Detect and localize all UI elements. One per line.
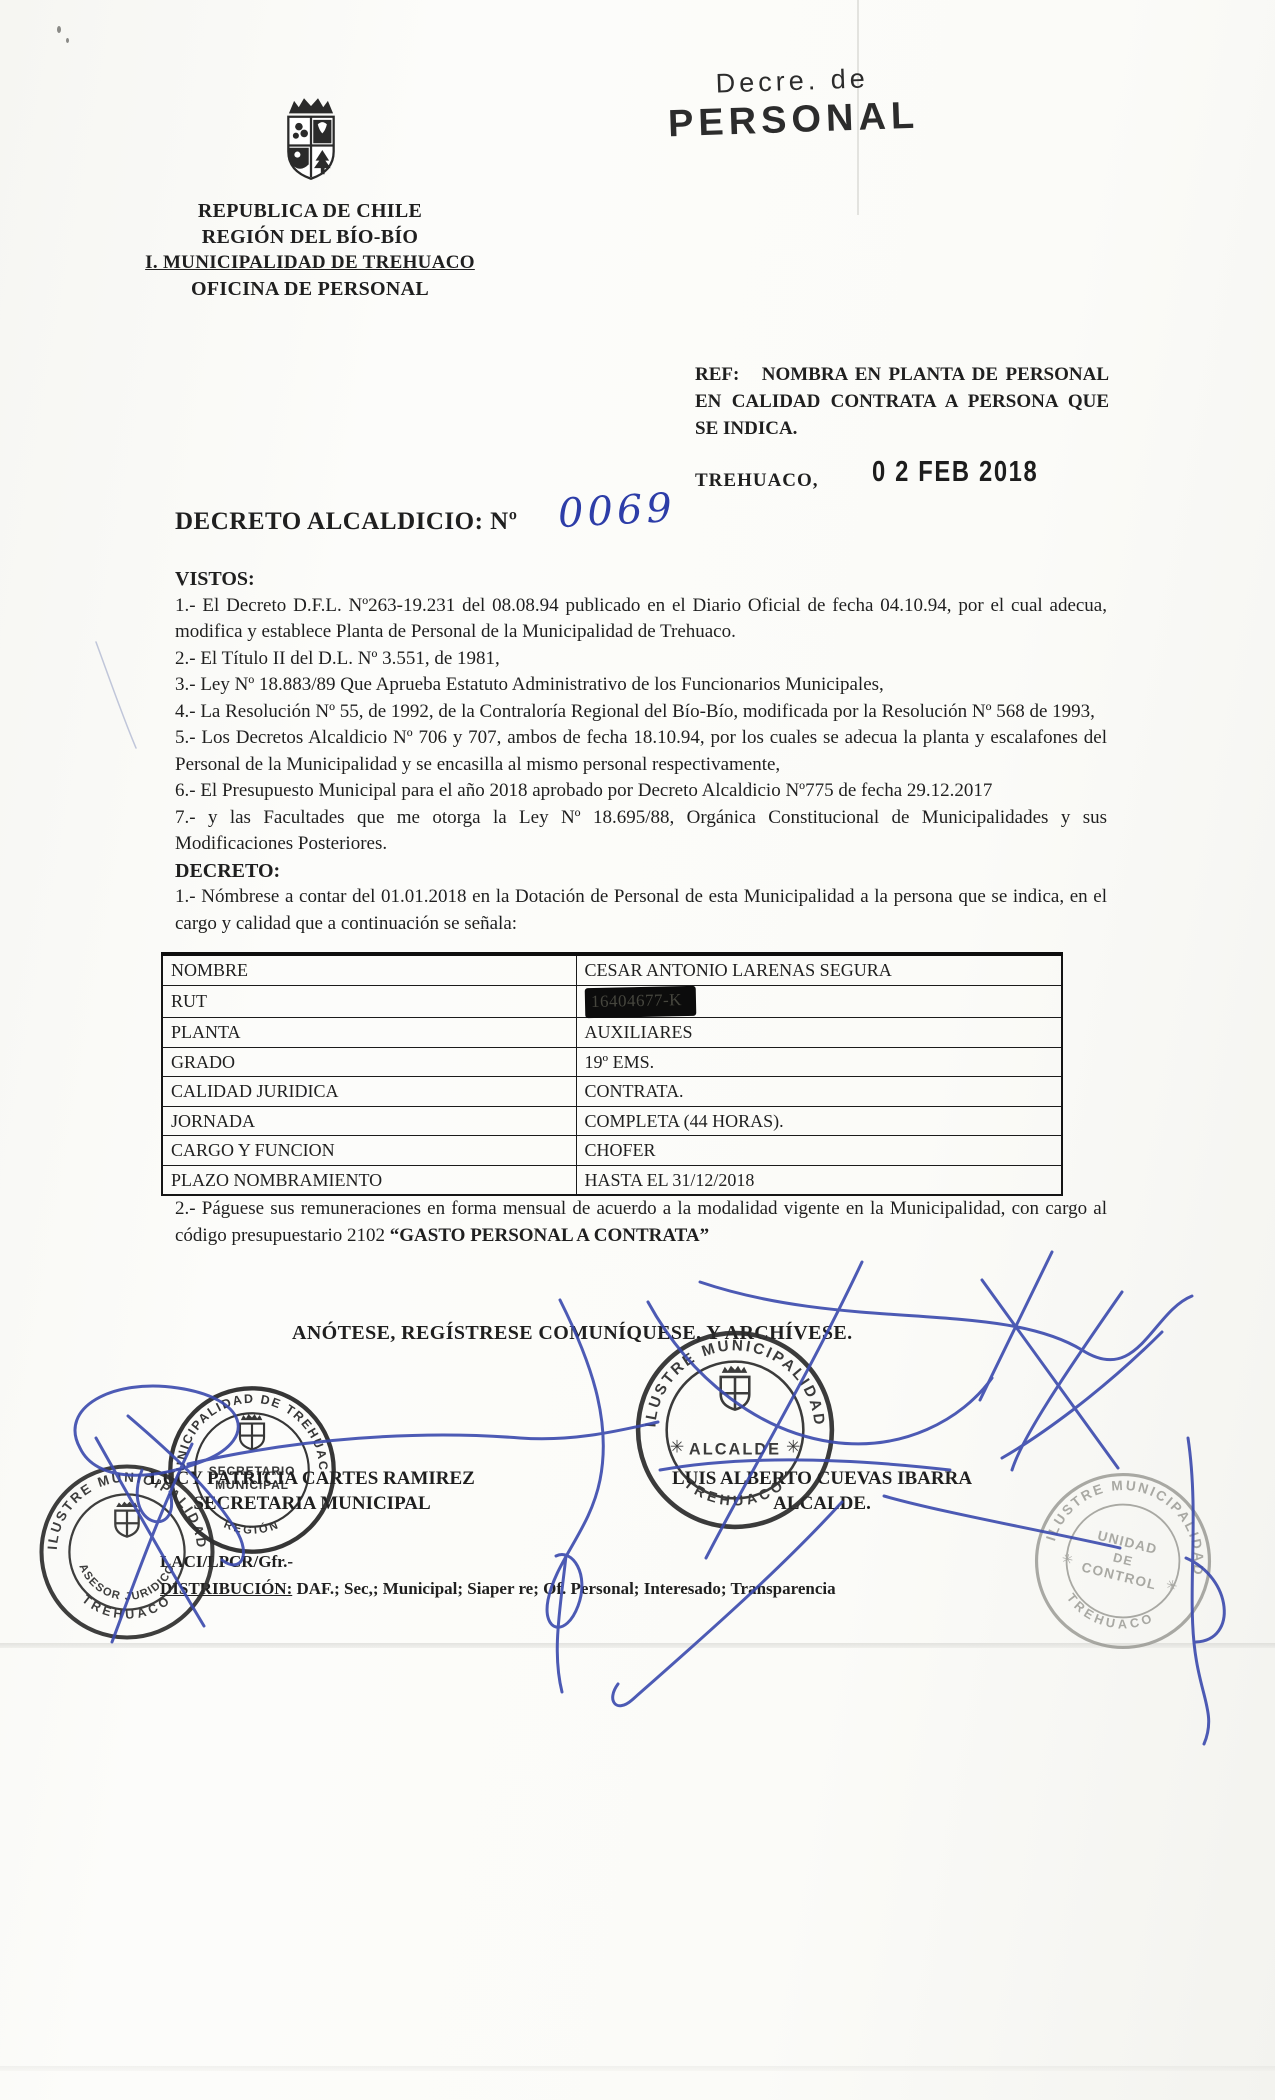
letterhead-country: REPUBLICA DE CHILE — [140, 198, 480, 224]
stamp-center-1: SECRETARIO — [209, 1464, 296, 1478]
decreto-heading: DECRETO: — [175, 858, 1107, 885]
vistos-item: 4.- La Resolución Nº 55, de 1992, de la … — [175, 699, 1107, 726]
stamp-ring-bottom: TREHUACO — [681, 1476, 790, 1510]
stamp-center-2: DE — [1112, 1550, 1135, 1569]
ref-text: NOMBRA EN PLANTA DE PERSONAL EN CALIDAD … — [695, 364, 1109, 439]
row-value: CHOFER — [576, 1136, 1062, 1166]
table-row: RUT 16404677-K — [162, 985, 1062, 1018]
document-body: VISTOS: 1.- El Decreto D.F.L. Nº263-19.2… — [175, 566, 1107, 1249]
appointment-table: NOMBRE CESAR ANTONIO LARENAS SEGURA RUT … — [161, 952, 1063, 1196]
table-row: CALIDAD JURIDICA CONTRATA. — [162, 1077, 1062, 1107]
table-row: CARGO Y FUNCION CHOFER — [162, 1136, 1062, 1166]
municipal-crest-icon — [277, 92, 345, 196]
row-value: CONTRATA. — [576, 1077, 1062, 1107]
row-value: AUXILIARES — [576, 1018, 1062, 1048]
row-value: COMPLETA (44 HORAS). — [576, 1106, 1062, 1136]
row-value: 16404677-K — [576, 985, 1062, 1018]
decreto-paragraph-2: 2.- Páguese sus remuneraciones en forma … — [175, 1196, 1107, 1249]
svg-text:TREHUACO: TREHUACO — [681, 1476, 790, 1510]
table-row: NOMBRE CESAR ANTONIO LARENAS SEGURA — [162, 954, 1062, 985]
stamp-crest-icon — [721, 1366, 750, 1410]
letterhead: REPUBLICA DE CHILE REGIÓN DEL BÍO-BÍO I.… — [140, 198, 480, 302]
stamp-crest-icon — [240, 1414, 264, 1449]
stamp-ring-bottom: REGIÓN — [222, 1519, 282, 1537]
alcaldia-round-stamp: ILUSTRE MUNICIPALIDAD TREHUACO ALCALDE ✳… — [633, 1328, 837, 1532]
scan-speck — [66, 38, 69, 43]
decreto-personal-stamp: Decre. de PERSONAL — [647, 61, 939, 147]
decree-number-handwritten: 0069 — [557, 485, 677, 537]
unidad-control-round-stamp: ILUSTRE MUNICIPALIDAD TREHUACO UNIDAD DE… — [1013, 1451, 1234, 1672]
table-row: JORNADA COMPLETA (44 HORAS). — [162, 1106, 1062, 1136]
table-row: GRADO 19º EMS. — [162, 1047, 1062, 1077]
dateline-city: TREHUACO, — [695, 470, 819, 492]
row-value: HASTA EL 31/12/2018 — [576, 1165, 1062, 1195]
letterhead-region: REGIÓN DEL BÍO-BÍO — [140, 224, 480, 250]
decree-title: DECRETO ALCALDICIO: Nº — [175, 508, 517, 536]
vistos-item: 7.- y las Facultades que me otorga la Le… — [175, 805, 1107, 858]
svg-text:REGIÓN: REGIÓN — [222, 1519, 282, 1537]
redacted-rut: 16404677-K — [584, 985, 696, 1017]
vistos-item: 3.- Ley Nº 18.883/89 Que Aprueba Estatut… — [175, 672, 1107, 699]
row-label: CARGO Y FUNCION — [162, 1136, 576, 1166]
vistos-item: 5.- Los Decretos Alcaldicio Nº 706 y 707… — [175, 725, 1107, 778]
table-row: PLANTA AUXILIARES — [162, 1018, 1062, 1048]
row-label: NOMBRE — [162, 954, 576, 985]
row-label: PLAZO NOMBRAMIENTO — [162, 1165, 576, 1195]
row-label: PLANTA — [162, 1018, 576, 1048]
vistos-item: 1.- El Decreto D.F.L. Nº263-19.231 del 0… — [175, 593, 1107, 646]
stamp-center: ALCALDE — [689, 1440, 781, 1458]
letterhead-office: OFICINA DE PERSONAL — [140, 276, 480, 302]
stamp-crest-icon — [115, 1502, 138, 1537]
vistos-heading: VISTOS: — [175, 566, 1107, 593]
stamp-ring-top: MUNICIPALIDAD DE TREHUACO — [166, 1384, 330, 1472]
distribution-text: DAF.; Sec,; Municipal; Siaper re; Of. Pe… — [292, 1579, 835, 1598]
star-icon: ✳ — [1164, 1577, 1179, 1594]
decreto-paragraph-1: 1.- Nómbrese a contar del 01.01.2018 en … — [175, 884, 1107, 937]
table-row: PLAZO NOMBRAMIENTO HASTA EL 31/12/2018 — [162, 1165, 1062, 1195]
row-value: CESAR ANTONIO LARENAS SEGURA — [576, 954, 1062, 985]
scanned-decree-page: REPUBLICA DE CHILE REGIÓN DEL BÍO-BÍO I.… — [0, 0, 1275, 2100]
stamp-line-big: PERSONAL — [648, 94, 939, 147]
vistos-item: 6.- El Presupuesto Municipal para el año… — [175, 778, 1107, 805]
ref-label: REF: — [695, 364, 739, 385]
star-icon: ✳ — [670, 1436, 685, 1456]
scan-speck — [57, 26, 61, 33]
star-icon: ✳ — [786, 1436, 801, 1456]
ref-paragraph: REF: NOMBRA EN PLANTA DE PERSONAL EN CAL… — [695, 361, 1109, 442]
row-label: CALIDAD JURIDICA — [162, 1077, 576, 1107]
distribution-line: DISTRIBUCIÓN: DAF.; Sec,; Municipal; Sia… — [160, 1579, 870, 1599]
letterhead-municipality: I. MUNICIPALIDAD DE TREHUACO — [140, 250, 480, 276]
svg-text:MUNICIPALIDAD DE TREHUACO: MUNICIPALIDAD DE TREHUACO — [166, 1384, 330, 1472]
p2-bold: “GASTO PERSONAL A CONTRATA” — [390, 1225, 709, 1246]
vistos-item: 2.- El Título II del D.L. Nº 3.551, de 1… — [175, 646, 1107, 673]
stamp-center-2: MUNICIPAL — [215, 1478, 289, 1492]
date-stamp: 0 2 FEB 2018 — [872, 456, 1038, 489]
row-label: GRADO — [162, 1047, 576, 1077]
star-icon: ✳ — [1060, 1551, 1075, 1568]
row-label: RUT — [162, 985, 576, 1018]
scan-band — [0, 2066, 1275, 2071]
row-label: JORNADA — [162, 1106, 576, 1136]
asesor-juridico-round-stamp: ILUSTRE MUNICIPALIDAD TREHUACO ASESOR JU… — [37, 1462, 217, 1642]
row-value: 19º EMS. — [576, 1047, 1062, 1077]
